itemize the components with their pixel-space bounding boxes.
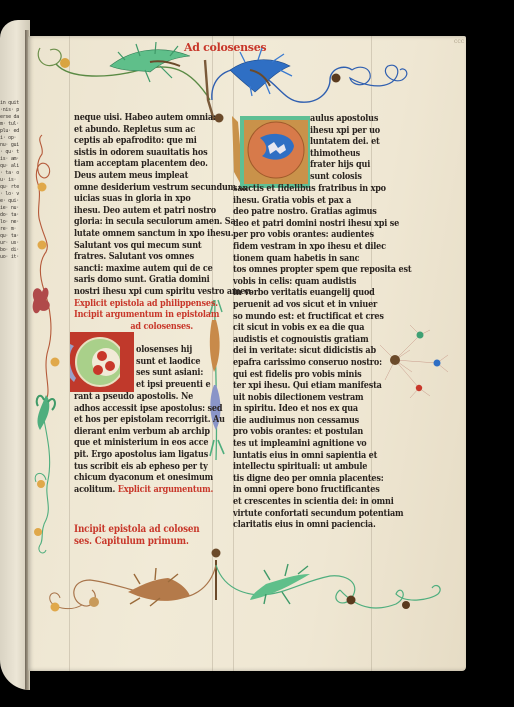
text-line: fratres. Salutant vos omnes [74, 251, 254, 263]
text-line: virtute confortati secundum potentiam [233, 508, 411, 520]
text-line: claritatis eius in omni paciencia. [233, 519, 411, 531]
text-line: in spiritu. Ideo et nos ex qua [233, 403, 411, 415]
text-line: deo patre nostro. Gratias agimus [233, 206, 411, 218]
text-line: et crescentes in scientia dei: in omni [233, 496, 411, 508]
text-line: dierant enim verbum ab archip [74, 426, 225, 438]
text-line: peruenit ad vos sicut et in vniuer [233, 299, 411, 311]
text-line: saris domo sunt. Gratia domini [74, 274, 254, 286]
text-line: adhos accessit ipse apostolus: sed [74, 403, 225, 415]
text-line: in omni opere bono fructificantes [233, 484, 411, 496]
text-line: et abundo. Repletus sum ac [74, 124, 254, 136]
text-line: fidem vestram in xpo ihesu et dilec [233, 241, 411, 253]
text-line: thimotheus [310, 148, 380, 160]
text-line: tus scribit eis ab epheso per ty [74, 461, 225, 473]
text-line: frater hijs qui [310, 159, 380, 171]
text-line: uit nobis dilectionem vestram [233, 392, 411, 404]
argument-text: rant a pseudo apostolis. Ne adhos access… [74, 391, 245, 495]
text-line: aulus apostolus [310, 113, 380, 125]
text-line: audistis et cognouistis gratiam [233, 334, 411, 346]
rubric-incipit-argument: Incipit argumentum in epistolam [74, 309, 254, 321]
text-line-part: acolitum. [74, 484, 115, 495]
bottom-acanthus-icon [50, 549, 440, 612]
argument-text-beside-initial: olosenses hij sunt et laodice ses sunt a… [136, 344, 221, 390]
text-line: intellectu spirituali: ut ambule [233, 461, 411, 473]
text-line: ses sunt asiani: [136, 367, 210, 379]
text-line: tes ut impleamini agnitione vo [233, 438, 411, 450]
text-line: ter xpi ihesu. Qui etiam manifesta [233, 380, 411, 392]
right-text-beside-initial: aulus apostolus ihesu xpi per uo luntate… [310, 113, 390, 183]
text-line: sancti: maxime autem qui de ce [74, 263, 254, 275]
text-line: olosenses hij [136, 344, 210, 356]
text-line: luntatem dei. et [310, 136, 380, 148]
text-line: nostri ihesu xpi cum spiritu vestro amen… [74, 286, 254, 298]
text-line: epafra carissimo conseruo nostro: [233, 357, 411, 369]
top-left-acanthus-icon [38, 42, 210, 100]
text-line: ceptis ab epafrodito: que mi [74, 135, 254, 147]
rubric-incipit-argument: ad colosenses. [74, 321, 254, 333]
text-line: pit. Ergo apostolus iam ligatus [74, 449, 225, 461]
rubric-explicit: Explicit epistola ad philippenses. [74, 298, 254, 310]
text-line: pro vobis orantes: et postulan [233, 426, 411, 438]
text-line: tos omnes propter spem que reposita est [233, 264, 411, 276]
rubric-incipit-epistle: Incipit epistola ad colosen ses. Capitul… [74, 524, 217, 547]
text-line: lutate omnem sanctum in xpo ihesu. [74, 228, 254, 240]
text-line: que et ministerium in eos acce [74, 437, 225, 449]
text-line: qui est fidelis pro vobis minis [233, 369, 411, 381]
text-line: luntatis eius in omni sapientia et [233, 450, 411, 462]
illuminated-initial-p-icon [228, 112, 310, 190]
text-line: per pro vobis orantes: audientes [233, 229, 411, 241]
text-line: sistis in odorem suauitatis hos [74, 147, 254, 159]
text-line: tis digne deo per omnia placentes: [233, 473, 411, 485]
text-line: ihesu. Deo autem et patri nostro [74, 205, 254, 217]
text-line: die audiuimus non cessamus [233, 415, 411, 427]
text-line: sanctis et fidelibus fratribus in xpo [233, 183, 411, 195]
brown-dot-icon [332, 74, 341, 83]
text-line: et hos per epistolam recorrigit. Au [74, 414, 225, 426]
text-line: rant a pseudo apostolis. Ne [74, 391, 225, 403]
top-right-acanthus-icon [212, 48, 407, 102]
text-line: et ipsi preuenti e [136, 379, 210, 391]
text-line: so mundo est: et fructificat et cres [233, 311, 411, 323]
text-line: sunt et laodice [136, 356, 210, 368]
text-line: deo et patri domini nostri ihesu xpi se [233, 218, 411, 230]
text-line: tiam acceptam placentem deo. [74, 158, 254, 170]
right-column-text: sanctis et fidelibus fratribus in xpo ih… [233, 183, 436, 531]
gold-dot-icon [60, 58, 70, 68]
illuminated-initial-c-icon [70, 332, 134, 392]
left-margin-vine-icon [33, 135, 60, 553]
text-line: ihesu xpi per uo [310, 125, 380, 137]
text-line: Incipit epistola ad colosen [74, 524, 199, 536]
text-line: chicum dyaconum et onesimum [74, 472, 225, 484]
text-line: in verbo veritatis euangelij quod [233, 287, 411, 299]
text-line: dei in veritate: sicut didicistis ab [233, 345, 411, 357]
text-line: uicias suas in gloria in xpo [74, 193, 254, 205]
text-line: omne desiderium vestrum secundum di [74, 182, 254, 194]
text-line: ihesu. Gratia vobis et pax a [233, 195, 411, 207]
text-line: Salutant vos qui mecum sunt [74, 240, 254, 252]
text-line: acolitum. Explicit argumentum. [74, 484, 225, 496]
text-line: vobis in celis: quam audistis [233, 276, 411, 288]
text-line: gloria: in secula seculorum amen. Sa [74, 216, 254, 228]
text-line: sunt colosis [310, 171, 380, 183]
text-line: tionem quam habetis in sanc [233, 253, 411, 265]
text-line: cit sicut in vobis ex ea die qua [233, 322, 411, 334]
rubric-explicit-argument: Explicit argumentum. [118, 484, 213, 495]
text-line: neque uisi. Habeo autem omnia: [74, 112, 254, 124]
text-line: Deus autem meus impleat [74, 170, 254, 182]
text-line: ses. Capitulum primum. [74, 536, 199, 548]
